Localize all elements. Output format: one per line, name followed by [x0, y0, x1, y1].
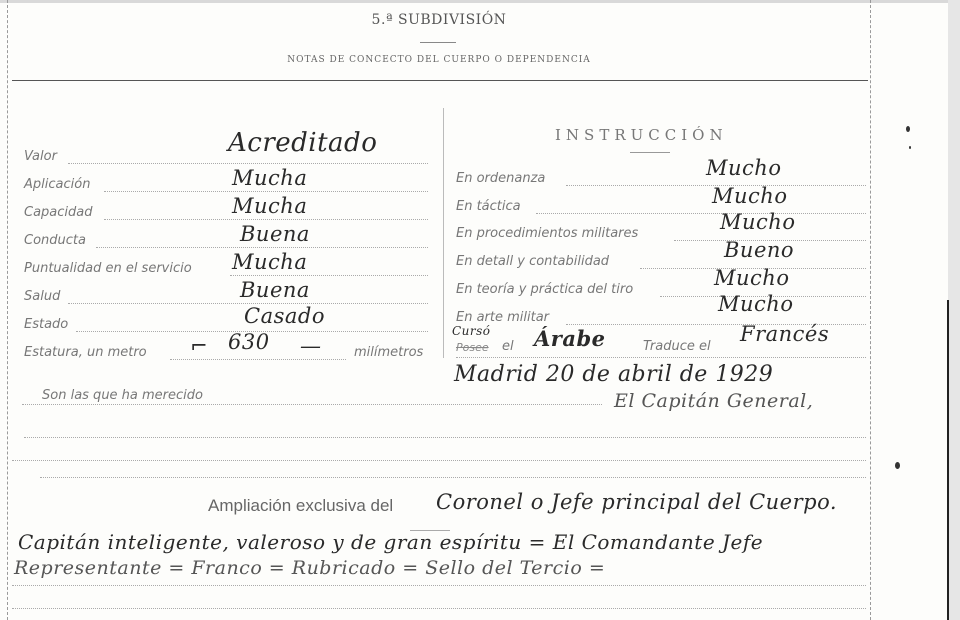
field-value-valor: Acreditado [228, 128, 377, 158]
posee-struck: Posee [456, 341, 489, 354]
document-page: 5.ª SUBDIVISIÓN NOTAS DE CONCECTO DEL CU… [0, 0, 948, 620]
instr-value-tactica: Mucho [712, 184, 787, 208]
column-divider [443, 108, 444, 358]
field-value-aplicacion: Mucha [232, 166, 307, 190]
instr-label-arte: En arte militar [456, 310, 549, 325]
top-edge [0, 0, 948, 3]
dotted-line [22, 403, 602, 405]
dotted-line [536, 212, 866, 214]
dotted-line [40, 476, 866, 478]
field-label-estado: Estado [24, 317, 68, 332]
estatura-prefix-dash: ⌐ [190, 334, 208, 358]
estatura-suffix-dash: — [300, 334, 322, 358]
field-value-salud: Buena [240, 278, 310, 302]
field-label-conducta: Conducta [24, 233, 86, 248]
title-rule [420, 42, 456, 43]
dotted-line [96, 246, 428, 248]
ink-speck [906, 126, 910, 132]
signer: El Capitán General, [614, 390, 813, 412]
traduce-label: Traduce el [643, 339, 711, 354]
merecido-label: Son las que ha merecido [42, 388, 203, 403]
instr-value-detall: Bueno [724, 238, 794, 262]
dotted-line [456, 356, 866, 358]
estatura-unit: milímetros [354, 345, 423, 360]
right-border-line [870, 0, 872, 620]
ink-speck [909, 146, 911, 149]
left-border-line [7, 0, 9, 620]
instr-label-tiro: En teoría y práctica del tiro [456, 282, 633, 297]
traduce-value: Francés [740, 322, 829, 346]
ampliacion-handwritten: Coronel o Jefe principal del Cuerpo. [436, 490, 837, 514]
dotted-line [68, 162, 428, 164]
field-value-capacidad: Mucha [232, 194, 307, 218]
posee-correction: Cursó [452, 324, 491, 338]
dotted-line [104, 190, 428, 192]
dotted-line [12, 607, 866, 609]
field-value-estado: Casado [244, 304, 325, 328]
field-value-puntualidad: Mucha [232, 250, 307, 274]
place-date: Madrid 20 de abril de 1929 [454, 362, 773, 387]
page-edge-shadow [947, 300, 949, 620]
field-label-valor: Valor [24, 149, 57, 164]
field-label-capacidad: Capacidad [24, 205, 93, 220]
field-label-aplicacion: Aplicación [24, 177, 90, 192]
posee-value: Árabe [534, 326, 606, 351]
instr-label-procedimientos: En procedimientos militares [456, 226, 638, 241]
dotted-line [170, 358, 346, 360]
ampliacion-line-1: Capitán inteligente, valeroso y de gran … [18, 530, 763, 554]
ink-speck [895, 462, 900, 469]
instr-value-ordenanza: Mucho [706, 156, 781, 180]
instr-label-detall: En detall y contabilidad [456, 254, 609, 269]
instruccion-title: INSTRUCCIÓN [555, 126, 728, 144]
ampliacion-printed: Ampliación exclusiva del [208, 496, 393, 516]
instruccion-rule [630, 152, 670, 153]
section-title: 5.ª SUBDIVISIÓN [0, 12, 878, 28]
dotted-line [12, 459, 866, 461]
instr-value-procedimientos: Mucho [720, 210, 795, 234]
dotted-line [230, 274, 428, 276]
section-subtitle: NOTAS DE CONCECTO DEL CUERPO O DEPENDENC… [0, 55, 878, 65]
dotted-line [104, 218, 428, 220]
field-label-salud: Salud [24, 289, 60, 304]
instr-label-ordenanza: En ordenanza [456, 171, 545, 186]
estatura-label: Estatura, un metro [24, 345, 147, 360]
ampliacion-line-2: Representante = Franco = Rubricado = Sel… [14, 557, 605, 579]
instr-value-tiro: Mucho [714, 266, 789, 290]
field-label-puntualidad: Puntualidad en el servicio [24, 261, 192, 276]
instr-label-tactica: En táctica [456, 199, 521, 214]
posee-label: el [502, 339, 514, 354]
dotted-line [12, 584, 866, 586]
estatura-value: 630 [228, 330, 270, 354]
instr-value-arte: Mucho [718, 292, 793, 316]
header-divider [12, 80, 868, 81]
field-value-conducta: Buena [240, 222, 310, 246]
dotted-line [24, 436, 866, 438]
